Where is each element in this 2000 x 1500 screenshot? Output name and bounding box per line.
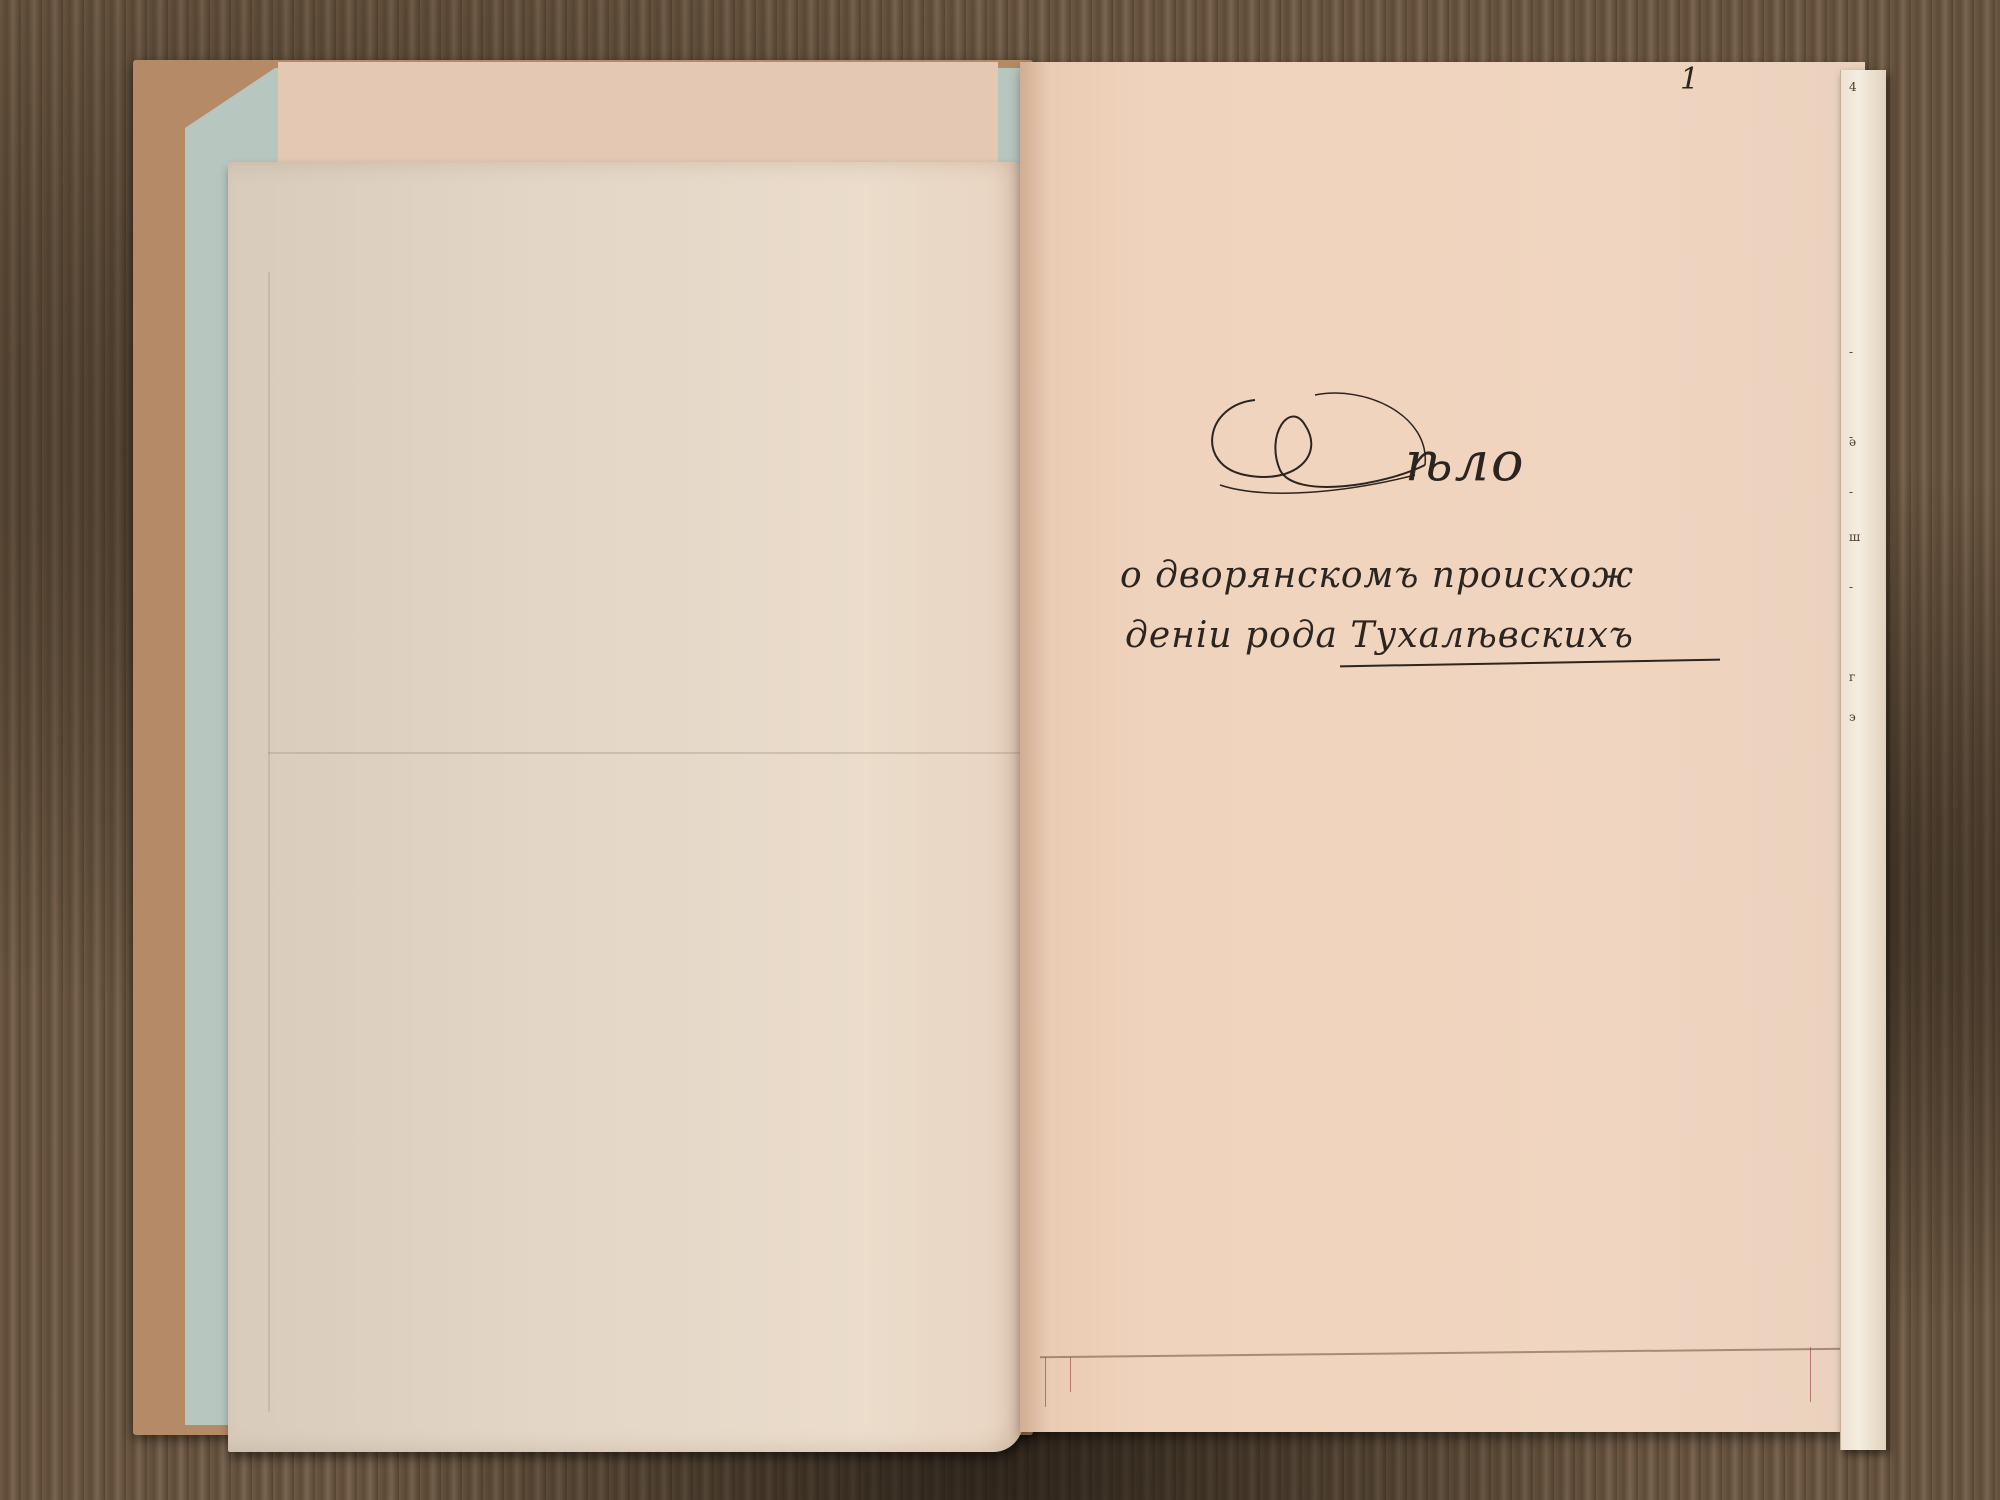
page-gutter xyxy=(1020,62,1050,1432)
document-title: ѣло xyxy=(1405,430,1526,493)
edge-mark: - xyxy=(1849,345,1853,359)
page-edge-stack: 4 - - ə - ш - г э xyxy=(1840,70,1886,1450)
left-page-fold-crease xyxy=(268,752,1023,754)
right-page[interactable] xyxy=(1020,62,1865,1432)
margin-tick xyxy=(1810,1347,1811,1402)
bottom-ruled-line xyxy=(1040,1348,1845,1358)
body-line-1: о дворянскомъ происхож xyxy=(1120,555,1634,596)
edge-mark: ш xyxy=(1849,530,1860,544)
folio-number: 1 xyxy=(1680,62,1699,97)
edge-mark: 4 xyxy=(1849,80,1857,94)
edge-mark: - xyxy=(1849,580,1853,594)
left-page-margin-line xyxy=(268,272,270,1412)
margin-tick xyxy=(1070,1357,1071,1392)
edge-mark: э xyxy=(1849,710,1856,724)
margin-tick xyxy=(1045,1357,1046,1407)
edge-mark: - xyxy=(1849,485,1853,499)
edge-mark: ə xyxy=(1849,435,1856,449)
left-page[interactable] xyxy=(228,162,1023,1452)
edge-mark: г xyxy=(1849,670,1855,684)
body-line-2: деніи рода Тухалѣвскихъ xyxy=(1125,615,1634,656)
